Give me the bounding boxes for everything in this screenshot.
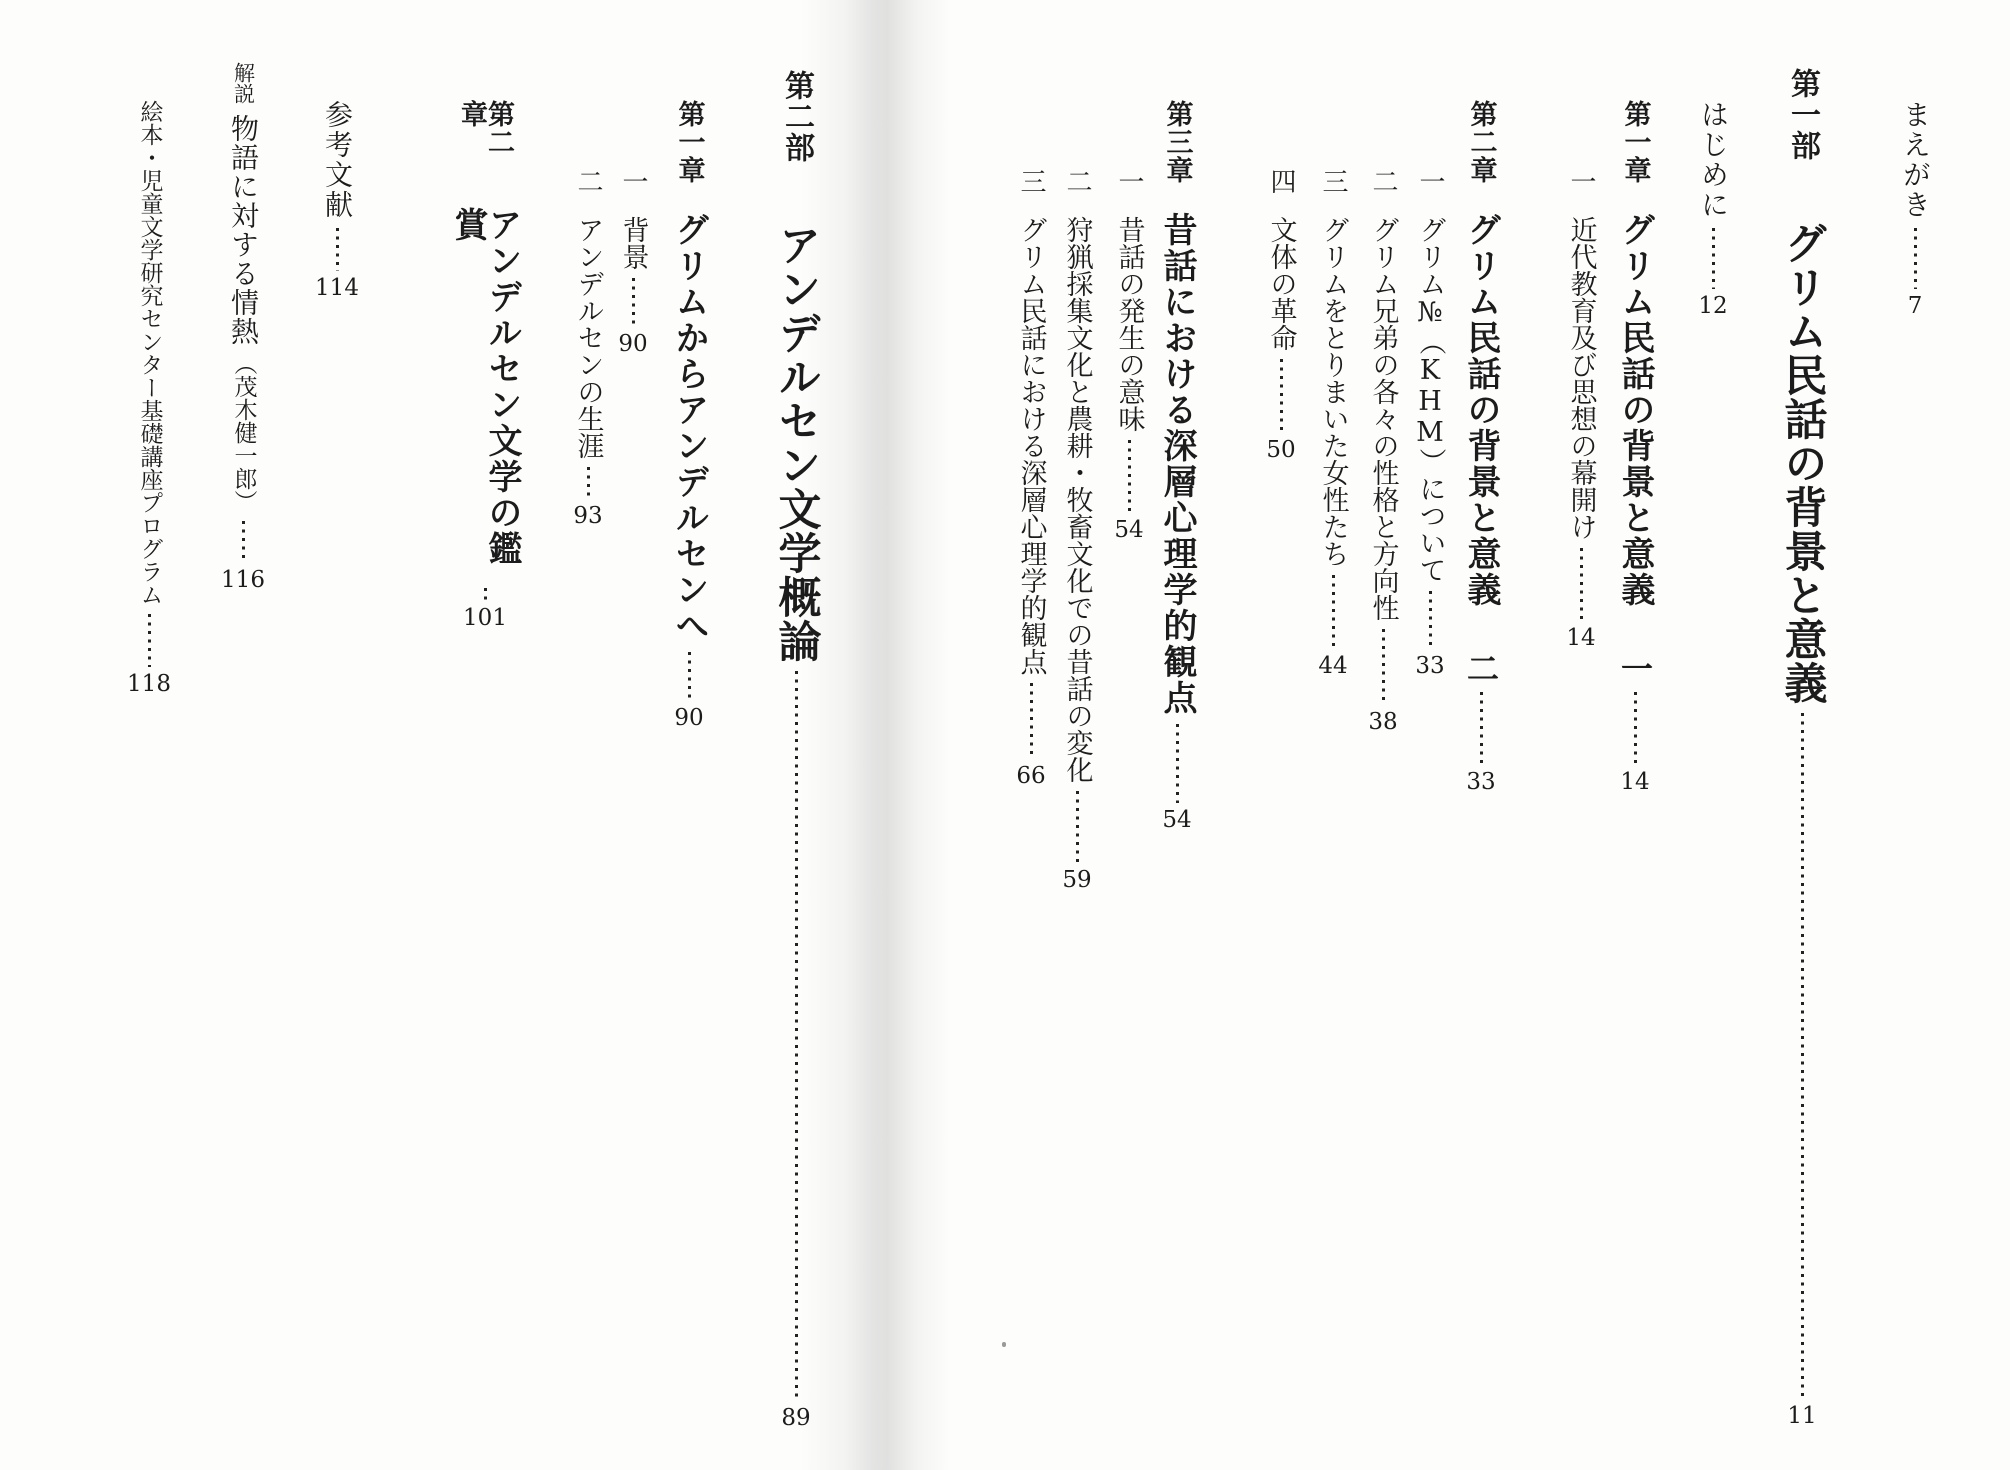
toc-sub-1-2-3: 三 グリムをとりまいた女性たち 44 [1314, 168, 1352, 678]
toc-chapter-2-1: 第一章 グリムからアンデルセンへ 90 [667, 100, 711, 730]
page-number: 54 [1114, 519, 1143, 542]
entry-text: グリム民話における深層心理学的観点 [1018, 216, 1045, 675]
toc-chapter-1-2: 第二章 グリム民話の背景と意義 二 33 [1459, 100, 1503, 794]
toc-entry-ehon-program: 絵本・児童文学研究センター基礎講座プログラム 118 [131, 100, 167, 696]
item-numeral: 二 [575, 168, 601, 194]
entry-text: 背景 [620, 216, 647, 270]
kaisetsu-label: 解説 [233, 62, 254, 104]
item-numeral: 二 [1370, 168, 1396, 194]
chapter-title: アンデルセン文学の鑑賞 [451, 207, 519, 580]
item-numeral: 四 [1268, 168, 1294, 194]
item-numeral: 三 [1320, 168, 1346, 194]
toc-entry-sankoubunken: 参考文献 114 [318, 100, 356, 300]
chapter-label: 第一章 [1622, 100, 1649, 184]
toc-chapter-1-1: 第一章 グリム民話の背景と意義 一 14 [1613, 100, 1657, 794]
toc-sub-1-1-1: 一 近代教育及び思想の幕開け 14 [1562, 168, 1600, 650]
dot-leader [587, 467, 590, 499]
page-number: 101 [463, 607, 507, 630]
page-number: 116 [221, 569, 265, 592]
entry-text: 物語に対する情熱 [229, 114, 257, 346]
part-title: グリム民話の背景と意義 [1781, 221, 1824, 705]
chapter-label: 第二章 [458, 100, 512, 179]
item-numeral: 一 [1417, 168, 1443, 194]
page-number: 118 [127, 673, 171, 696]
dot-leader [1128, 440, 1131, 513]
dot-leader [1429, 591, 1432, 649]
dot-leader [1580, 548, 1583, 621]
dot-leader [688, 652, 691, 701]
toc-part-1: 第一部 グリム民話の背景と意義 11 [1776, 68, 1828, 1428]
chapter-title: グリムからアンデルセンへ [672, 212, 706, 644]
chapter-label: 第一章 [676, 100, 703, 184]
item-numeral: 三 [1018, 168, 1044, 194]
dot-leader [1176, 724, 1179, 803]
dot-leader [148, 614, 151, 667]
dot-leader [1332, 575, 1335, 649]
part-label: 第一部 [1787, 68, 1817, 161]
toc-sub-1-2-4: 四 文体の革命 50 [1262, 168, 1300, 462]
page-number: 7 [1908, 295, 1923, 318]
scan-speck [1002, 1342, 1006, 1347]
page-number: 14 [1620, 771, 1649, 794]
entry-text: グリム兄弟の各々の性格と方向性 [1370, 216, 1397, 621]
toc-sub-2-1-1: 一 背景 90 [614, 168, 652, 356]
entry-text: まえがき [1901, 100, 1929, 220]
chapter-label: 第三章 [1164, 100, 1191, 184]
dot-leader [336, 228, 339, 271]
dot-leader [1634, 692, 1637, 765]
dot-leader [632, 278, 635, 327]
toc-sub-1-3-2: 二 狩猟採集文化と農耕・牧畜文化での昔話の変化 59 [1058, 168, 1096, 892]
page-number: 93 [573, 505, 602, 528]
chapter-title: グリム民話の背景と意義 [1618, 212, 1652, 608]
page-number: 54 [1162, 809, 1191, 832]
page-number: 33 [1466, 771, 1495, 794]
dot-leader [1712, 228, 1715, 289]
chapter-label: 第二章 [1468, 100, 1495, 184]
item-numeral: 一 [1116, 168, 1142, 194]
toc-entry-maegaki: まえがき 7 [1896, 100, 1934, 318]
page-number: 44 [1318, 655, 1347, 678]
dot-leader [1280, 359, 1283, 433]
toc-sub-1-2-1: 一 グリム№（KHM）について 33 [1411, 168, 1449, 678]
entry-text: グリム№（KHM）について [1417, 216, 1444, 583]
page-number: 114 [315, 277, 359, 300]
toc-entry-hajimeni: はじめに 12 [1694, 100, 1732, 318]
entry-text: 近代教育及び思想の幕開け [1568, 216, 1595, 540]
dot-leader [484, 588, 487, 601]
entry-text: はじめに [1699, 100, 1727, 220]
entry-text: 狩猟採集文化と農耕・牧畜文化での昔話の変化 [1064, 216, 1091, 783]
toc-chapter-1-3: 第三章 昔話における深層心理学的観点 54 [1155, 100, 1199, 832]
dot-leader [795, 671, 798, 1401]
dot-leader [242, 521, 245, 563]
entry-text: 昔話の発生の意味 [1116, 216, 1143, 432]
page-number: 38 [1368, 711, 1397, 734]
chapter-title: グリム民話の背景と意義 [1464, 212, 1498, 608]
toc-part-2: 第二部 アンデルセン文学概論 89 [770, 70, 822, 1430]
chapter-title: 昔話における深層心理学的観点 [1160, 212, 1194, 716]
toc-sub-1-2-2: 二 グリム兄弟の各々の性格と方向性 38 [1364, 168, 1402, 734]
toc-sub-1-3-1: 一 昔話の発生の意味 54 [1110, 168, 1148, 542]
page-number: 89 [781, 1407, 810, 1430]
item-numeral: 二 [1064, 168, 1090, 194]
entry-text: 絵本・児童文学研究センター基礎講座プログラム [138, 100, 161, 606]
author-note: （茂木健一郎） [232, 352, 255, 513]
page-number: 66 [1016, 765, 1045, 788]
part-title: アンデルセン文学概論 [775, 223, 818, 663]
dot-leader [1801, 713, 1804, 1399]
entry-text: 文体の革命 [1268, 216, 1295, 351]
entry-text: グリムをとりまいた女性たち [1320, 216, 1347, 567]
dot-leader [1382, 629, 1385, 705]
toc-entry-kaisetsu: 解説 物語に対する情熱 （茂木健一郎） 116 [222, 62, 264, 592]
item-numeral: 一 [1568, 168, 1594, 194]
page-number: 12 [1698, 295, 1727, 318]
toc-sub-1-3-3: 三 グリム民話における深層心理学的観点 66 [1012, 168, 1050, 788]
page-gutter-shadow [800, 0, 950, 1470]
page-number: 90 [674, 707, 703, 730]
dot-leader [1914, 228, 1917, 289]
page-number: 90 [618, 333, 647, 356]
toc-spread: まえがき 7 第一部 グリム民話の背景と意義 11 はじめに 12 第一章 グリ… [0, 0, 2010, 1470]
page-number: 14 [1566, 627, 1595, 650]
page-number: 59 [1062, 869, 1091, 892]
item-numeral: 一 [620, 168, 646, 194]
chapter-title-suffix: 二 [1465, 652, 1497, 684]
toc-chapter-2-2: 第二章 アンデルセン文学の鑑賞 101 [463, 100, 507, 630]
entry-text: 参考文献 [323, 100, 351, 220]
page-number: 11 [1787, 1405, 1816, 1428]
entry-text: アンデルセンの生涯 [575, 216, 602, 459]
dot-leader [1480, 692, 1483, 765]
page-number: 50 [1266, 439, 1295, 462]
chapter-title-suffix: 一 [1619, 652, 1651, 684]
toc-sub-2-1-2: 二 アンデルセンの生涯 93 [569, 168, 607, 528]
dot-leader [1076, 791, 1079, 863]
dot-leader [1030, 683, 1033, 759]
part-label: 第二部 [781, 70, 811, 163]
page-number: 33 [1415, 655, 1444, 678]
